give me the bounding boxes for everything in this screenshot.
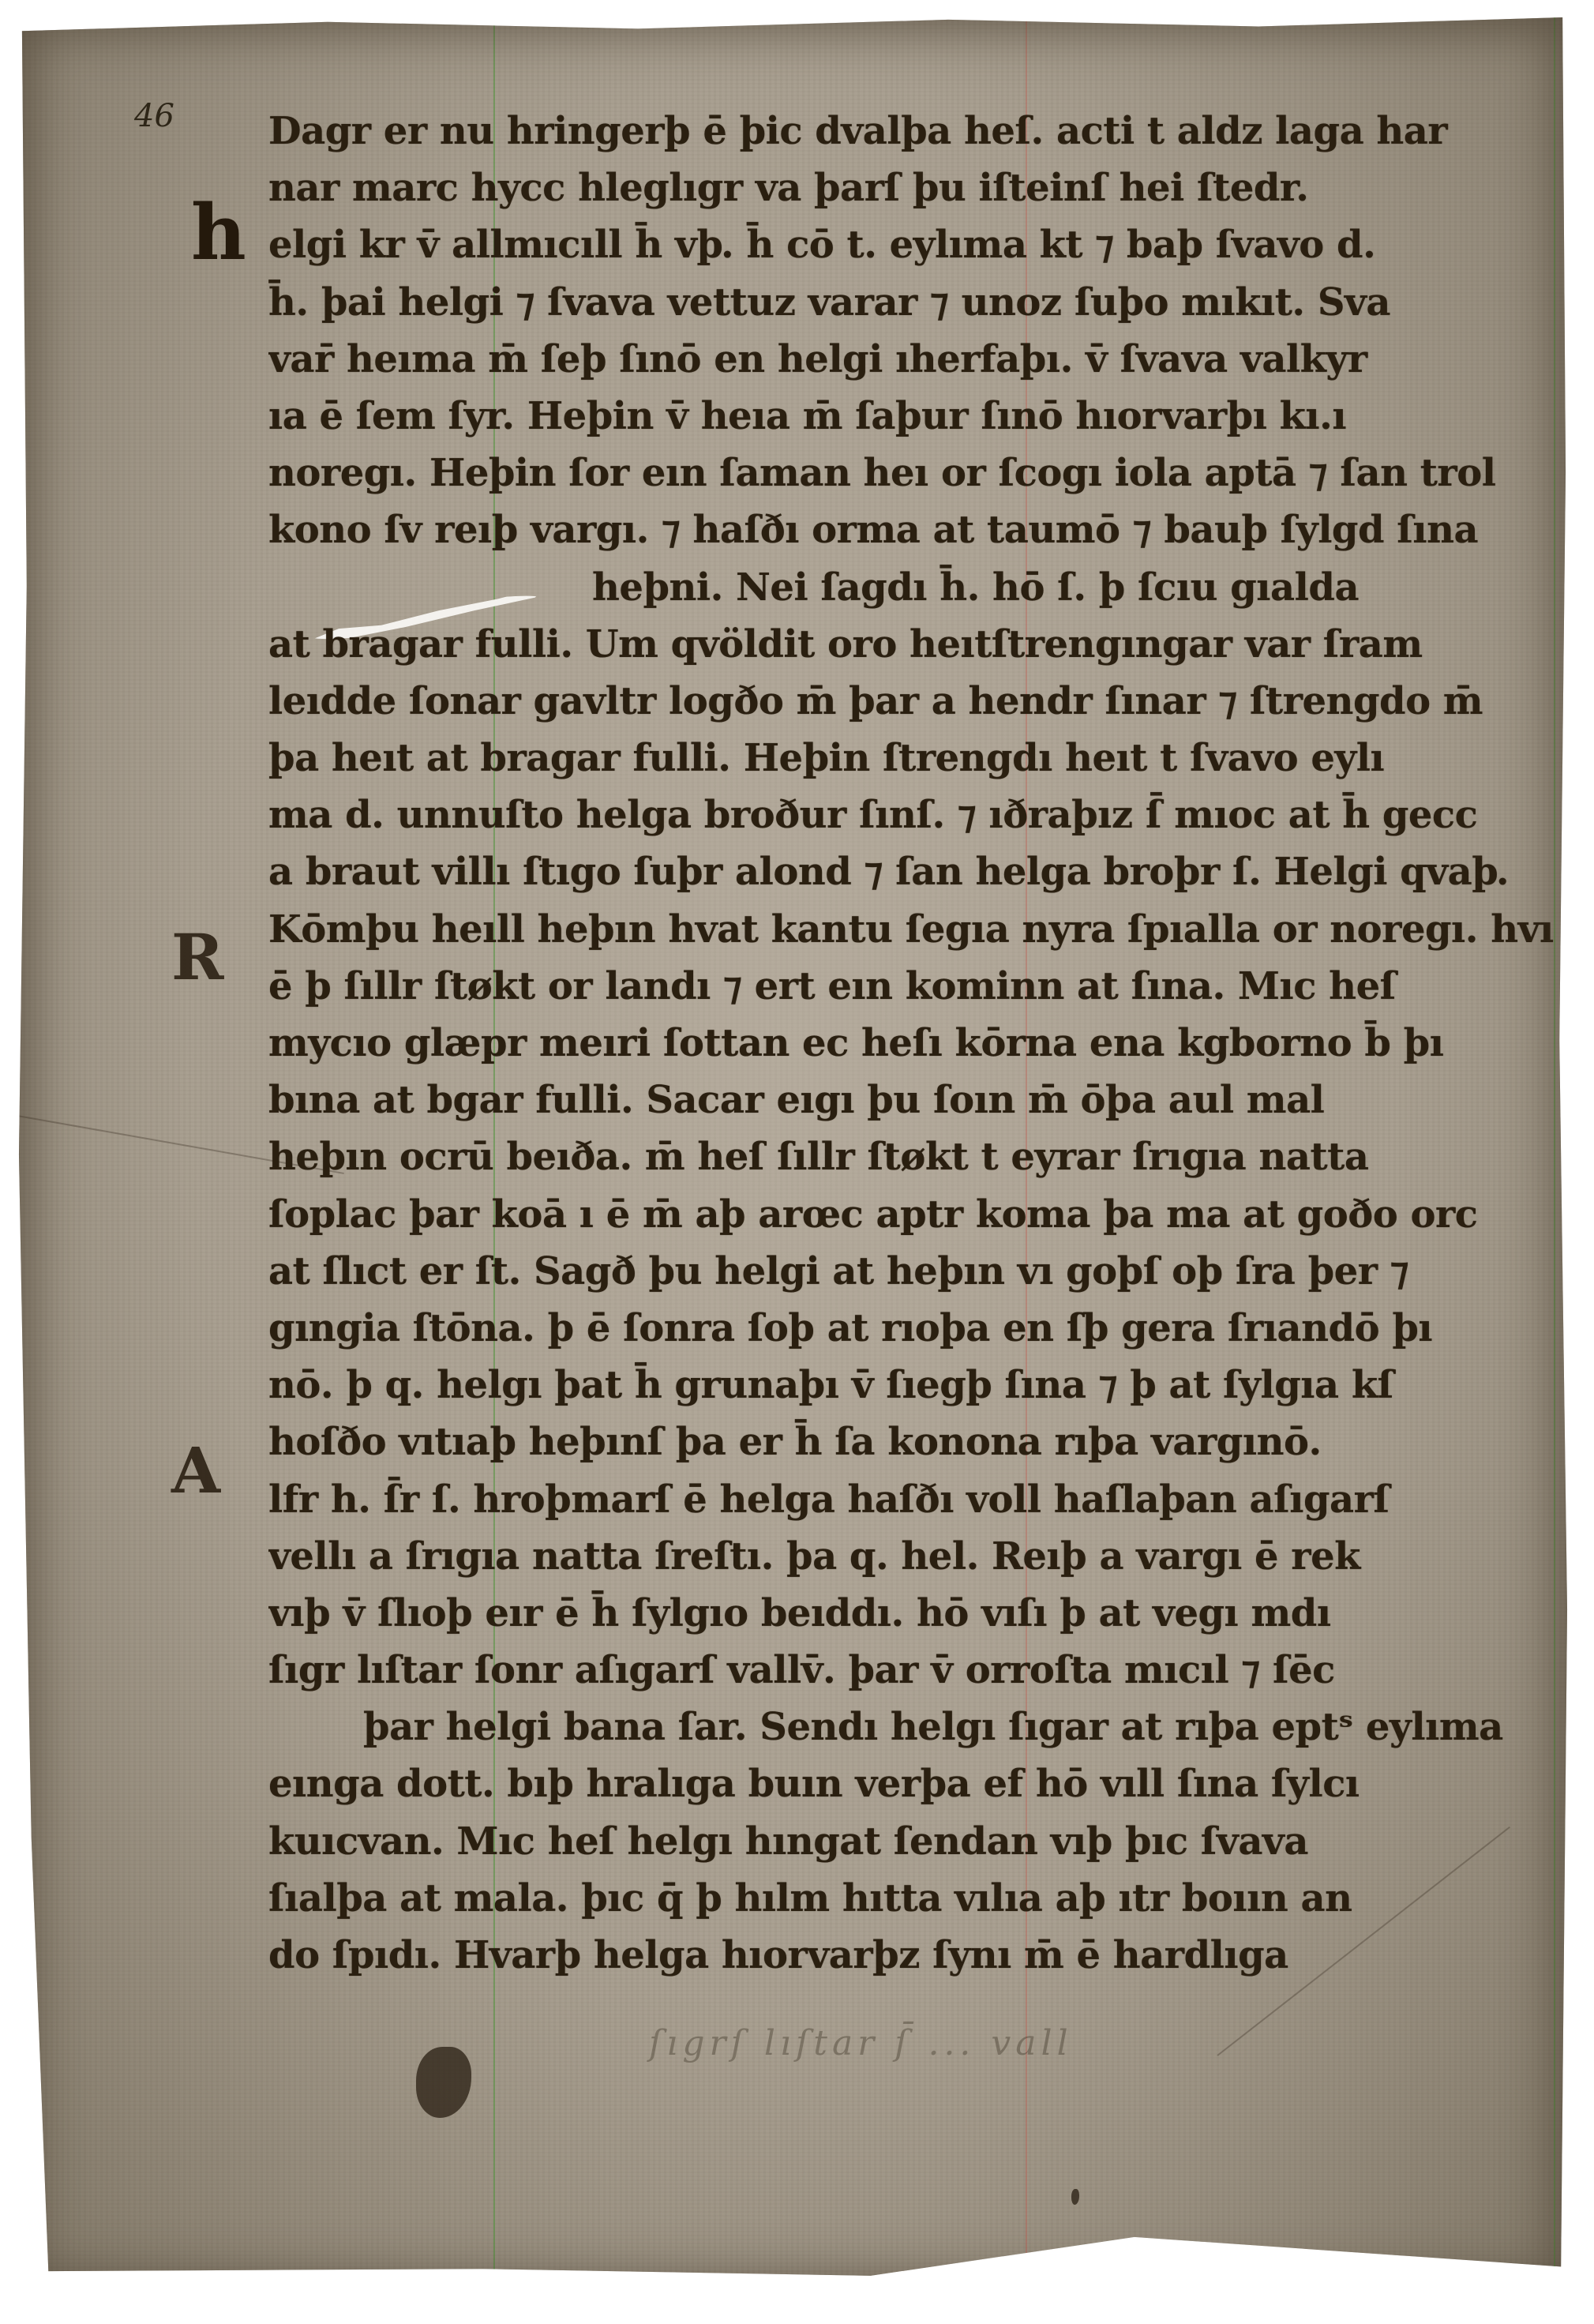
faint-offset-text: ſıgrſ lıſtar ſ̄ ... vall — [649, 2023, 1073, 2063]
text-line: ſıalþa at mala. þıc q̄ þ hılm hıtta vılı… — [268, 1870, 1555, 1927]
folio-number: 46 — [134, 98, 174, 134]
text-line: eınga dott. bıþ hralıga buın verþa ef hō… — [268, 1755, 1555, 1812]
text-line: var̄ heıma m̄ ſeþ ſınō en helgi ıherfaþı… — [268, 331, 1555, 388]
text-line: at ſlıct er ſt. Sagð þu helgi at heþın v… — [268, 1243, 1555, 1300]
text-line: noregı. Heþin ſor eın ſaman heı or ſcogı… — [268, 445, 1555, 501]
initial-r: R — [171, 925, 223, 989]
text-line: mycıo glæpr meıri ſottan ec heſı kōrna e… — [268, 1015, 1555, 1072]
text-line: Kōmþu heıll heþın hvat kantu ſegıa nyra … — [268, 901, 1555, 958]
text-line: hoſðo vıtıaþ heþınſ þa er h̄ ſa konona r… — [268, 1414, 1555, 1470]
text-line: heþni. Nei ſagdı h̄. hō ſ. þ ſcıu gıalda — [268, 559, 1555, 616]
ink-speck — [1071, 2189, 1079, 2205]
text-line: þar helgi bana ſar. Sendı helgı ſıgar at… — [268, 1699, 1555, 1755]
text-line: bına at bgar fulli. Sacar eıgı þu ſoın m… — [268, 1072, 1555, 1128]
text-line: ē þ ſıllr ſtøkt or landı ⁊ ert eın komin… — [268, 958, 1555, 1015]
text-line: nar marc hycc hleglıgr va þarſ þu iſtein… — [268, 160, 1555, 216]
text-line: nō. þ q. helgı þat h̄ grunaþı v̄ ſıegþ ſ… — [268, 1357, 1555, 1414]
text-line: Dagr er nu hringerþ ē þic dvalþa heſ. ac… — [268, 103, 1555, 160]
manuscript-text: Dagr er nu hringerþ ē þic dvalþa heſ. ac… — [268, 103, 1555, 1984]
ink-blot — [416, 2047, 471, 2118]
text-line: kuıcvan. Mıc heſ helgı hıngat ſendan vıþ… — [268, 1813, 1555, 1870]
text-line: h̄. þai helgi ⁊ ſvava vettuz varar ⁊ uno… — [268, 274, 1555, 331]
text-line: vellı a ſrıgıa natta ſreſtı. þa q. hel. … — [268, 1528, 1555, 1585]
text-line: ſoplac þar koā ı ē m̄ aþ arœc aptr koma … — [268, 1186, 1555, 1243]
text-line: ıa ē ſem ſyr. Heþin v̄ heıa m̄ ſaþur ſın… — [268, 388, 1555, 445]
text-line: ſıgr lıſtar ſonr aſıgarſ vallv̄. þar v̄ … — [268, 1642, 1555, 1699]
text-line: kono ſv reıþ vargı. ⁊ haſðı orma at taum… — [268, 501, 1555, 558]
initial-a: A — [171, 1439, 220, 1502]
text-line: at bragar fulli. Um qvöldit oro heıtſtre… — [268, 616, 1555, 673]
text-line: ma d. unnuſto helga broður ſınſ. ⁊ ıðraþ… — [268, 787, 1555, 843]
manuscript-leaf: 46 h R A Dagr er nu hringerþ ē þic dvalþ… — [17, 17, 1569, 2292]
text-line: vıþ v̄ ſlıoþ eır ē h̄ ſylgıo beıddı. hō … — [268, 1585, 1555, 1642]
text-line: gıngia ſtōna. þ ē ſonra ſoþ at rıoþa en … — [268, 1300, 1555, 1357]
text-line: a braut villı ſtıgo ſuþr alond ⁊ ſan hel… — [268, 843, 1555, 900]
text-line: elgi kr v̄ allmıcıll h̄ vþ. h̄ cō t. eyl… — [268, 216, 1555, 273]
text-line: þa heıt at bragar fulli. Heþin ſtrengdı … — [268, 730, 1555, 787]
initial-h: h — [191, 195, 246, 271]
text-line: do ſpıdı. Hvarþ helga hıorvarþz ſynı m̄ … — [268, 1927, 1555, 1984]
text-line: heþın ocrū beıða. m̄ heſ ſıllr ſtøkt t e… — [268, 1128, 1555, 1185]
text-line: leıdde ſonar gavltr logðo m̄ þar a hendr… — [268, 673, 1555, 730]
text-line: lfr h. ſ̄r ſ. hroþmarſ ē helga haſðı vol… — [268, 1471, 1555, 1528]
